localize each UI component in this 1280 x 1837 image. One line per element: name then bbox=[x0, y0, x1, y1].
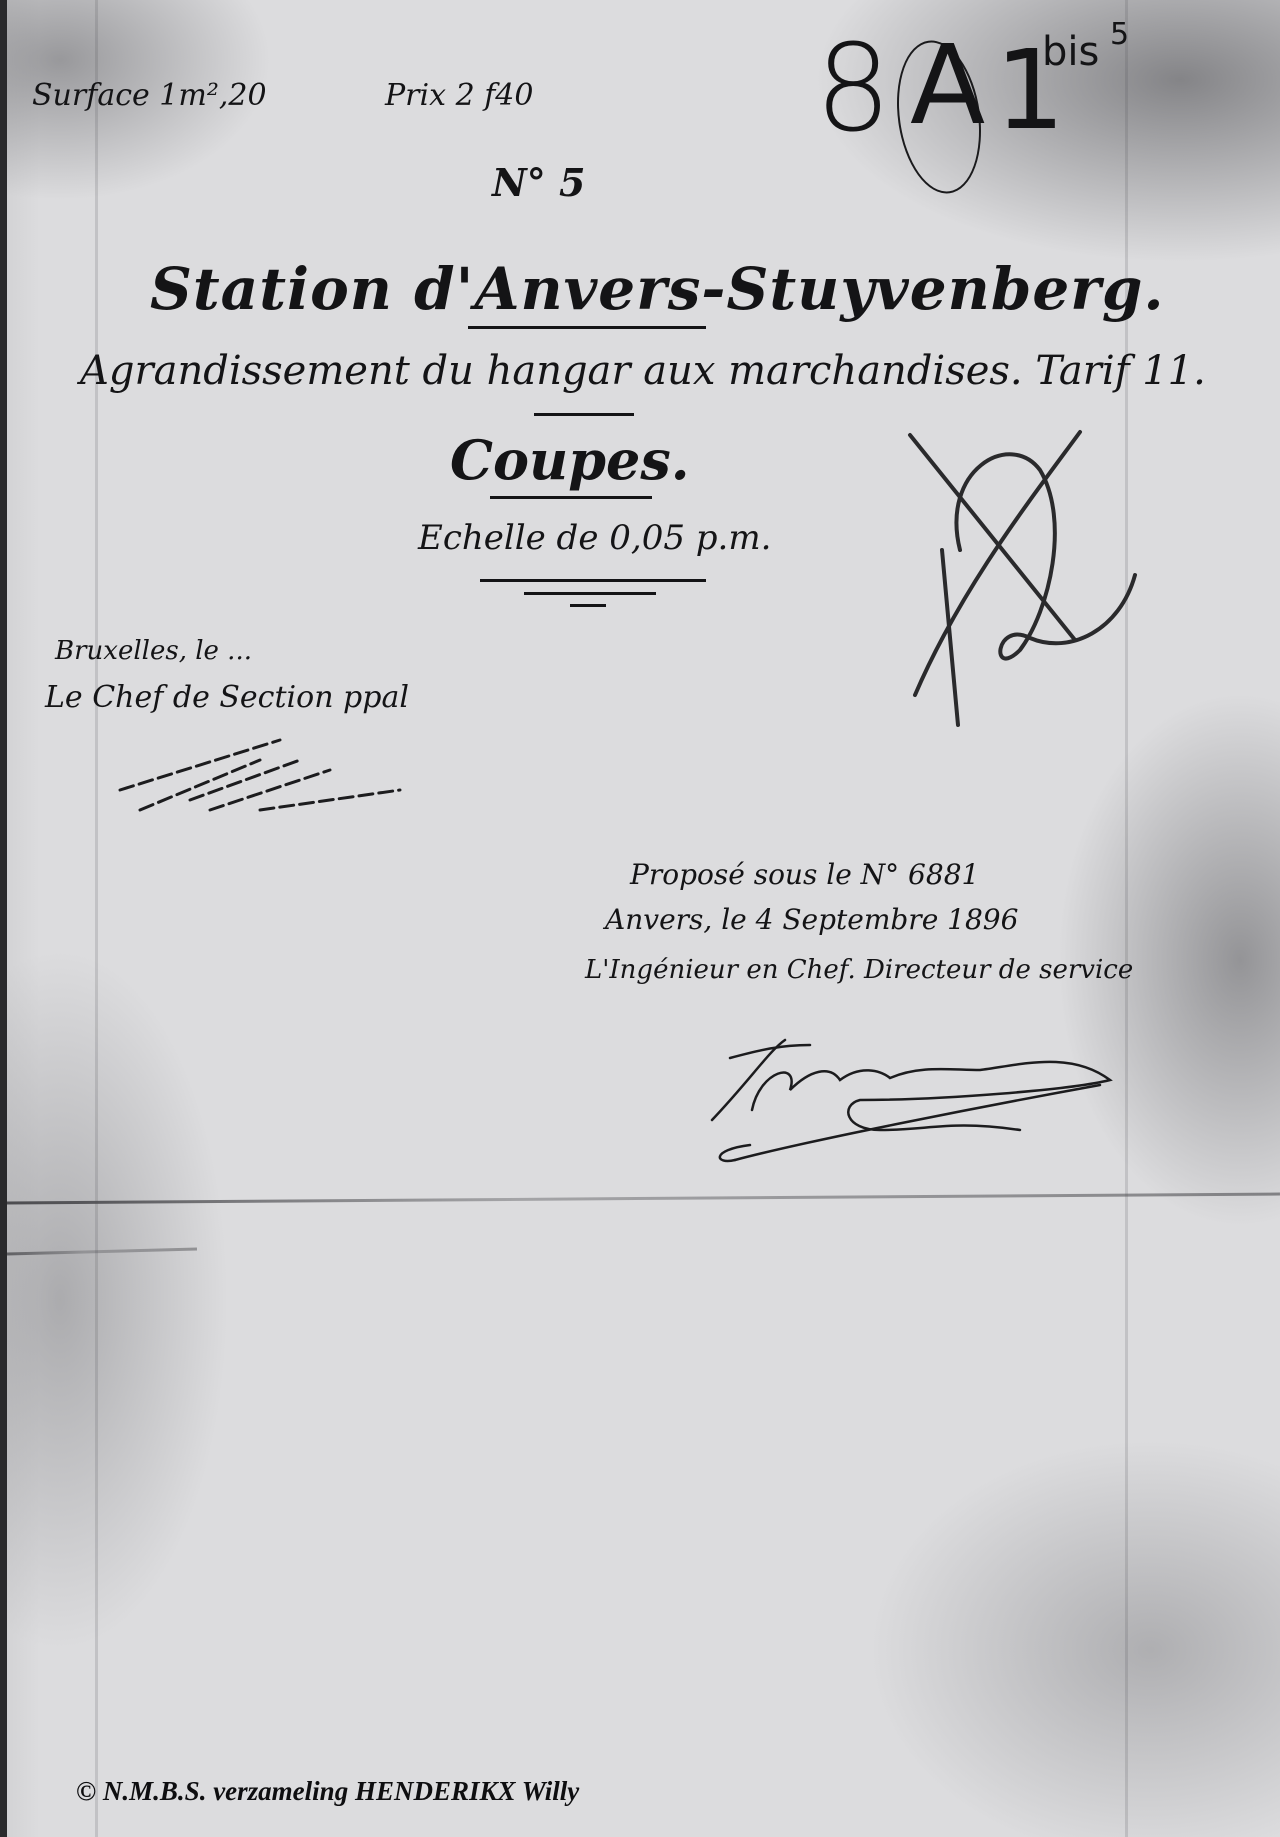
section-title: Coupes. bbox=[450, 428, 690, 492]
archive-superscript: 5 bbox=[1110, 20, 1129, 50]
surface-label: Surface 1m²,20 bbox=[32, 78, 267, 113]
sheet-number: N° 5 bbox=[492, 160, 585, 205]
paper-fold bbox=[7, 1193, 1280, 1205]
page-edge bbox=[0, 0, 7, 1837]
scale-rule-3 bbox=[570, 604, 606, 607]
document-sheet: Surface 1m²,20 Prix 2 f40 8 A 1 bis 5 N°… bbox=[0, 0, 1280, 1837]
archive-letter: A bbox=[910, 30, 985, 140]
role-right: L'Ingénieur en Chef. Directeur de servic… bbox=[585, 955, 1133, 985]
archive-prefix: 8 bbox=[815, 30, 891, 150]
copyright-notice: © N.M.B.S. verzameling HENDERIKX Willy bbox=[76, 1776, 579, 1807]
place-date-left: Bruxelles, le ... bbox=[55, 636, 252, 666]
scale-rule-2 bbox=[524, 592, 656, 595]
subtitle: Agrandissement du hangar aux marchandise… bbox=[80, 348, 1206, 394]
proposal-number: Proposé sous le N° 6881 bbox=[630, 858, 979, 891]
archive-suffix: bis bbox=[1042, 32, 1099, 72]
title-underline bbox=[468, 326, 706, 329]
scale-rule-1 bbox=[480, 579, 706, 582]
section-overline bbox=[534, 413, 634, 416]
archive-number: 8 A 1 bis 5 bbox=[810, 20, 1130, 190]
scale-label: Echelle de 0,05 p.m. bbox=[418, 518, 771, 558]
price-label: Prix 2 f40 bbox=[385, 78, 533, 113]
signature-right-icon bbox=[690, 1020, 1130, 1170]
role-left: Le Chef de Section ppal bbox=[45, 680, 409, 715]
place-date-right: Anvers, le 4 Septembre 1896 bbox=[605, 903, 1018, 936]
page-title: Station d'Anvers-Stuyvenberg. bbox=[150, 255, 1165, 323]
signature-left-icon bbox=[100, 730, 420, 830]
crossed-pencil-mark-icon bbox=[880, 410, 1140, 730]
section-underline bbox=[490, 496, 652, 499]
paper-crease bbox=[95, 0, 98, 1837]
paper-fold bbox=[7, 1248, 197, 1256]
